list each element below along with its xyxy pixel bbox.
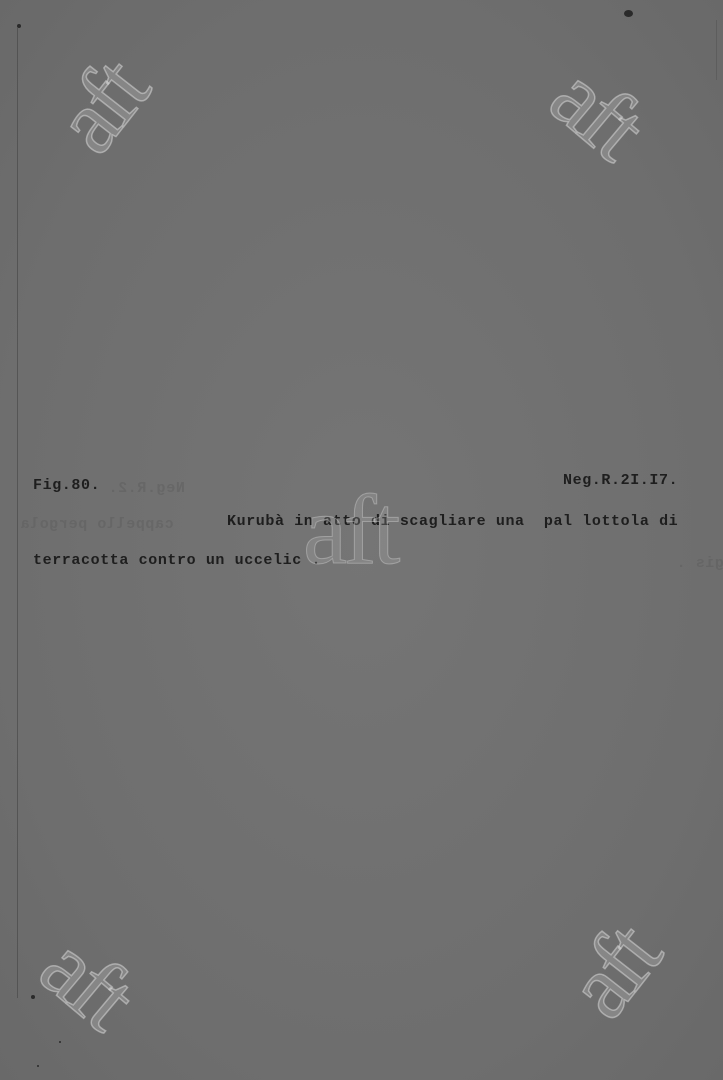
watermark-top-left: aft xyxy=(38,44,163,168)
watermark-bottom-right: aft xyxy=(550,909,675,1033)
dust-speck xyxy=(37,1065,39,1067)
right-paper-edge xyxy=(716,20,717,80)
document-page: Neg.R.2. cappello pergola gis . Fig.80. … xyxy=(0,0,723,1080)
dust-speck xyxy=(59,1041,61,1043)
watermark-top-right: aft xyxy=(535,48,659,173)
caption-line-1: Kurubà in atto di scagliare una pal lott… xyxy=(227,514,678,529)
left-paper-edge xyxy=(17,28,18,998)
bleed-through-text: cappello pergola xyxy=(20,517,174,532)
negative-reference: Neg.R.2I.I7. xyxy=(563,473,678,488)
watermark-center: aft xyxy=(303,480,396,580)
figure-label: Fig.80. xyxy=(33,478,100,493)
dust-speck xyxy=(17,24,21,28)
watermark-bottom-left: aft xyxy=(25,918,149,1043)
dust-speck xyxy=(624,10,633,17)
bleed-through-text: Neg.R.2. xyxy=(108,481,185,496)
bleed-through-text: gis . xyxy=(676,556,723,571)
caption-line-2: terracotta contro un uccelic . xyxy=(33,553,321,568)
